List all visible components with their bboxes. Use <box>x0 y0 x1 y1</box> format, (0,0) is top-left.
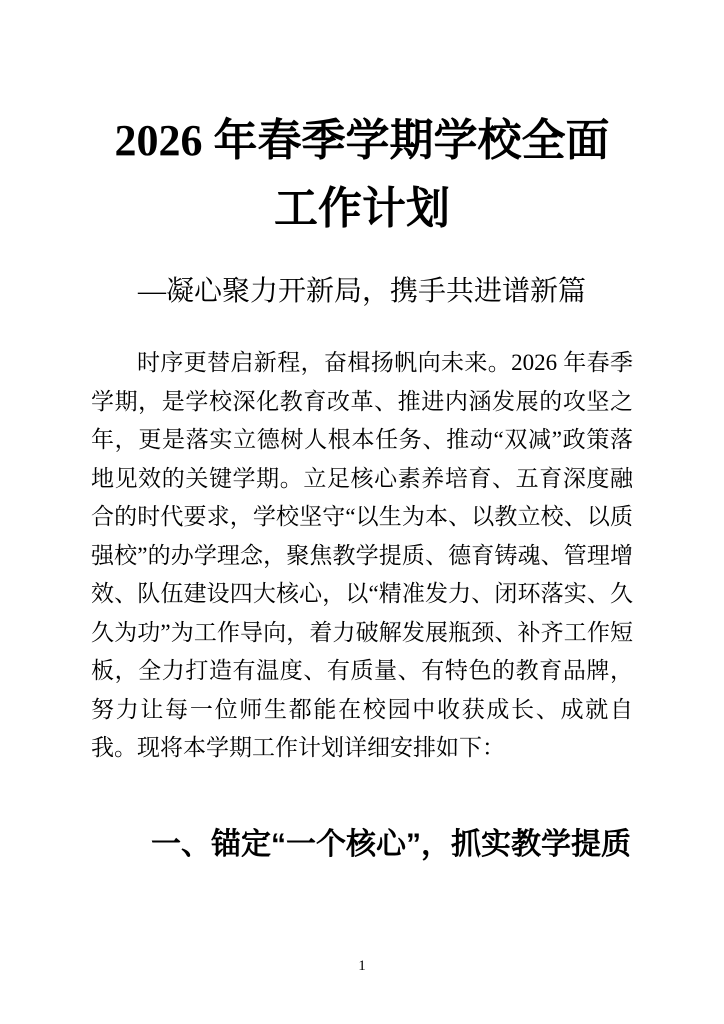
document-title-line2: 工作计划 <box>88 175 636 243</box>
document-subtitle: —凝心聚力开新局，携手共进谱新篇 <box>60 272 664 312</box>
document-title: 2026 年春季学期学校全面 工作计划 <box>88 107 636 243</box>
document-title-line1: 2026 年春季学期学校全面 <box>88 107 636 175</box>
section-heading: 一、锚定“一个核心”，抓实教学提质 <box>91 821 633 869</box>
body-paragraph: 时序更替启新程，奋楫扬帆向未来。2026 年春季学期，是学校深化教育改革、推进内… <box>91 344 633 806</box>
page-number: 1 <box>0 956 724 976</box>
document-page: 2026 年春季学期学校全面 工作计划 —凝心聚力开新局，携手共进谱新篇 时序更… <box>0 0 724 1024</box>
